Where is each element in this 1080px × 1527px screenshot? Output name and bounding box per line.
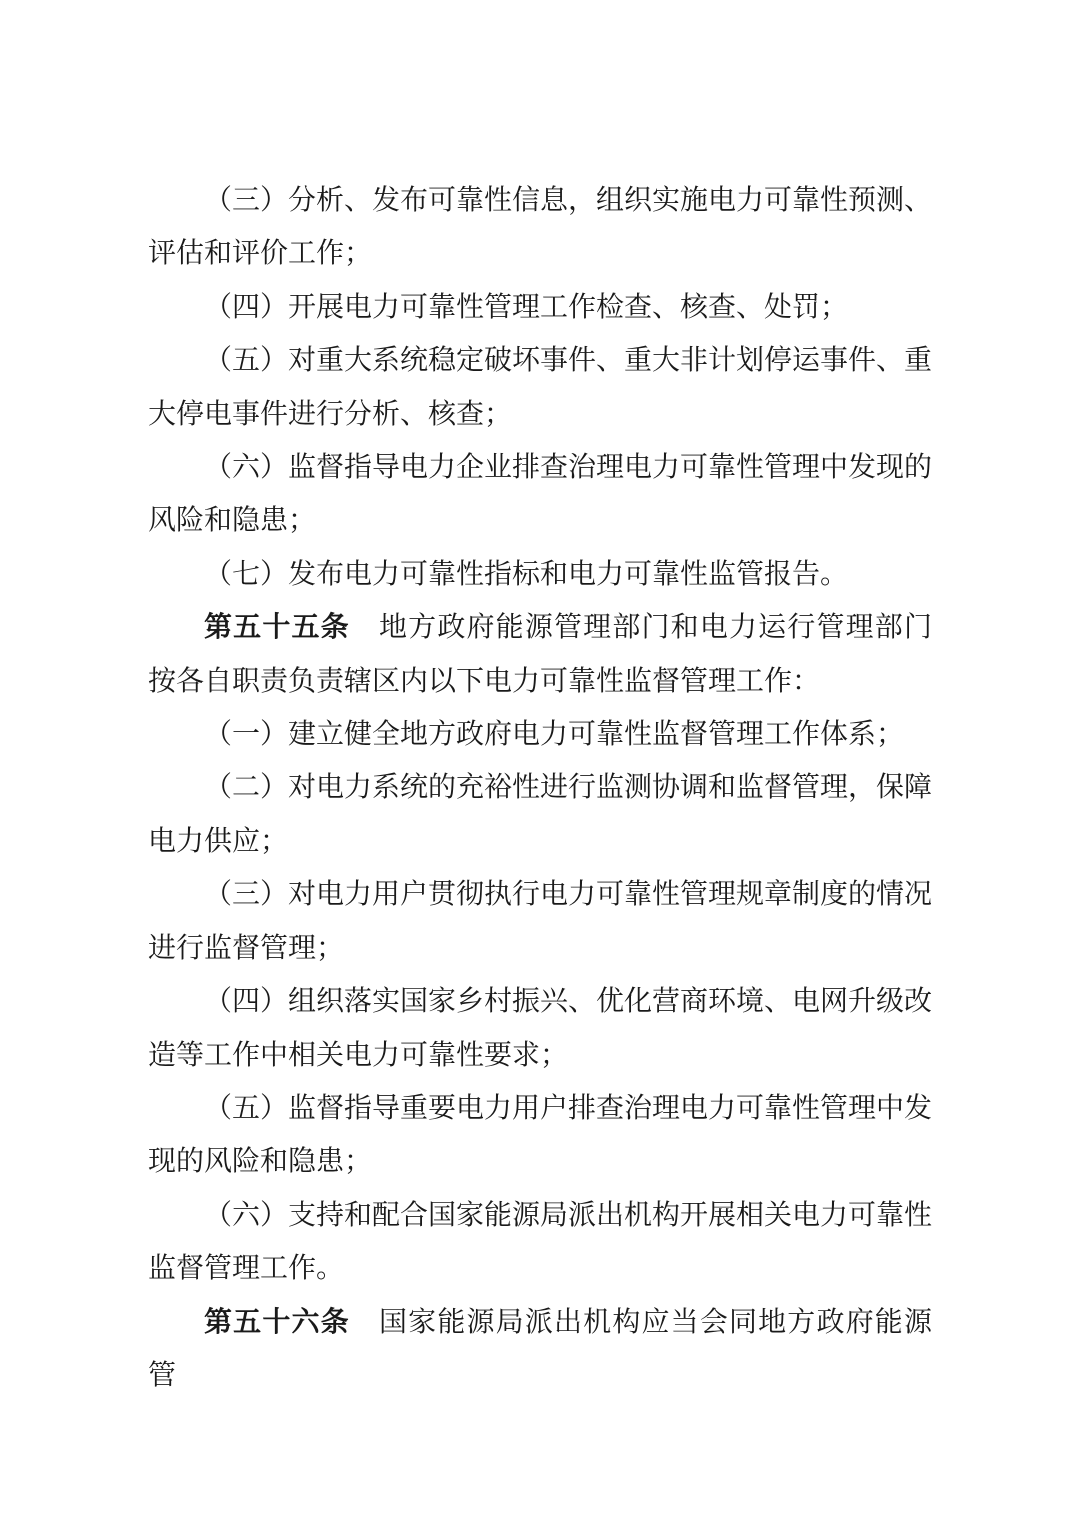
paragraph-article-55: 第五十五条 地方政府能源管理部门和电力运行管理部门按各自职责负责辖区内以下电力可…: [148, 601, 932, 708]
paragraph: （三）对电力用户贯彻执行电力可靠性管理规章制度的情况进行监督管理；: [148, 868, 932, 975]
paragraph: （六）支持和配合国家能源局派出机构开展相关电力可靠性监督管理工作。: [148, 1189, 932, 1296]
document-page: （三）分析、发布可靠性信息，组织实施电力可靠性预测、评估和评价工作； （四）开展…: [0, 0, 1080, 1527]
document-body: （三）分析、发布可靠性信息，组织实施电力可靠性预测、评估和评价工作； （四）开展…: [148, 174, 932, 1402]
paragraph-text: （六）支持和配合国家能源局派出机构开展相关电力可靠性监督管理工作。: [148, 1200, 932, 1284]
paragraph-text: （五）对重大系统稳定破坏事件、重大非计划停运事件、重大停电事件进行分析、核查；: [148, 345, 932, 429]
paragraph: （二）对电力系统的充裕性进行监测协调和监督管理，保障电力供应；: [148, 761, 932, 868]
paragraph-text: （四）组织落实国家乡村振兴、优化营商环境、电网升级改造等工作中相关电力可靠性要求…: [148, 986, 932, 1070]
paragraph-text: （三）对电力用户贯彻执行电力可靠性管理规章制度的情况进行监督管理；: [148, 879, 932, 963]
paragraph-text: （四）开展电力可靠性管理工作检查、核查、处罚；: [204, 292, 848, 323]
paragraph: （六）监督指导电力企业排查治理电力可靠性管理中发现的风险和隐患；: [148, 441, 932, 548]
paragraph: （四）组织落实国家乡村振兴、优化营商环境、电网升级改造等工作中相关电力可靠性要求…: [148, 975, 932, 1082]
paragraph: （五）对重大系统稳定破坏事件、重大非计划停运事件、重大停电事件进行分析、核查；: [148, 334, 932, 441]
article-number: 第五十六条: [204, 1307, 350, 1338]
paragraph-text: （七）发布电力可靠性指标和电力可靠性监管报告。: [204, 559, 848, 590]
paragraph-text: （五）监督指导重要电力用户排查治理电力可靠性管理中发现的风险和隐患；: [148, 1093, 932, 1177]
paragraph-text: （一）建立健全地方政府电力可靠性监督管理工作体系；: [204, 719, 904, 750]
paragraph-text: （六）监督指导电力企业排查治理电力可靠性管理中发现的风险和隐患；: [148, 452, 932, 536]
paragraph: （三）分析、发布可靠性信息，组织实施电力可靠性预测、评估和评价工作；: [148, 174, 932, 281]
article-number: 第五十五条: [204, 612, 350, 643]
paragraph: （一）建立健全地方政府电力可靠性监督管理工作体系；: [148, 708, 932, 761]
paragraph-text: （二）对电力系统的充裕性进行监测协调和监督管理，保障电力供应；: [148, 772, 932, 856]
paragraph: （七）发布电力可靠性指标和电力可靠性监管报告。: [148, 548, 932, 601]
paragraph-article-56: 第五十六条 国家能源局派出机构应当会同地方政府能源管: [148, 1296, 932, 1403]
paragraph: （五）监督指导重要电力用户排查治理电力可靠性管理中发现的风险和隐患；: [148, 1082, 932, 1189]
paragraph: （四）开展电力可靠性管理工作检查、核查、处罚；: [148, 281, 932, 334]
paragraph-text: （三）分析、发布可靠性信息，组织实施电力可靠性预测、评估和评价工作；: [148, 185, 932, 269]
